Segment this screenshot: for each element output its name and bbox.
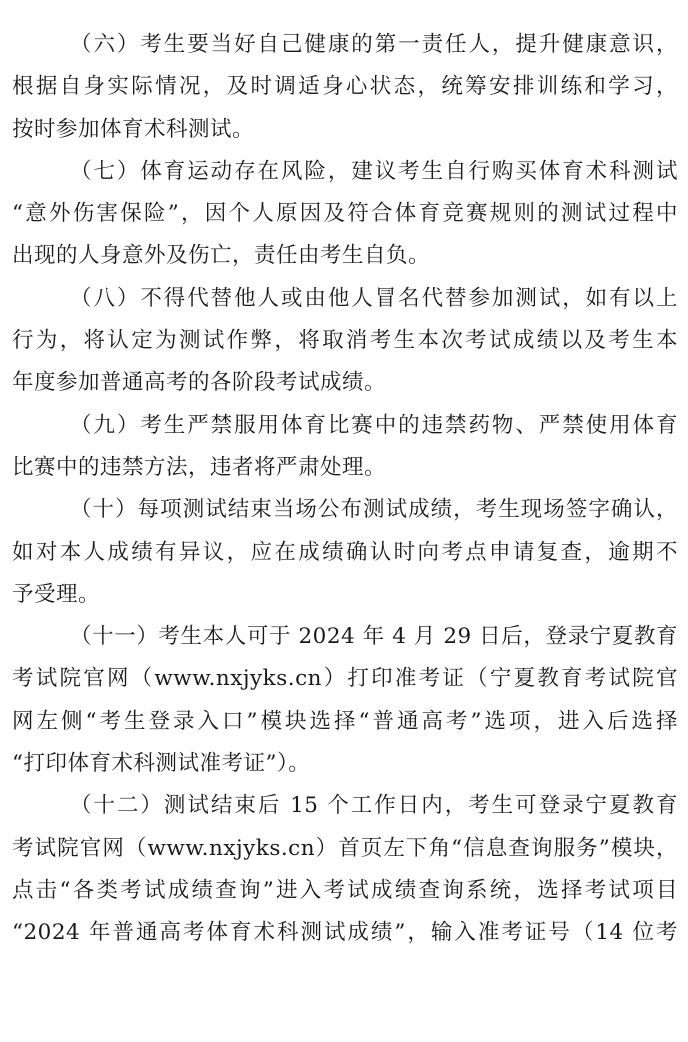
text-line: 出现的人身意外及伤亡，责任由考生自负。 [12,235,678,277]
text-line: 行为，将认定为测试作弊，将取消考生本次考试成绩以及考生本 [12,320,678,362]
text-line: 如对本人成绩有异议，应在成绩确认时向考点申请复查，逾期不 [12,532,678,574]
text-line: 予受理。 [12,574,678,616]
text-line: 按时参加体育术科测试。 [12,109,678,151]
text-line: “2024 年普通高考体育术科测试成绩”，输入准考证号（14 位考 [12,912,678,954]
paragraph-item-11: （十一）考生本人可于 2024 年 4 月 29 日后，登录宁夏教育 考试院官网… [12,616,678,785]
paragraph-item-12: （十二）测试结束后 15 个工作日内，考生可登录宁夏教育 考试院官网（www.n… [12,785,678,954]
text-line: 网左侧“考生登录入口”模块选择“普通高考”选项，进入后选择 [12,701,678,743]
paragraph-item-7: （七）体育运动存在风险，建议考生自行购买体育术科测试 “意外伤害保险”，因个人原… [12,151,678,278]
text-line: “意外伤害保险”，因个人原因及符合体育竞赛规则的测试过程中 [12,193,678,235]
text-line: 比赛中的违禁方法，违者将严肃处理。 [12,447,678,489]
paragraph-item-10: （十）每项测试结束当场公布测试成绩，考生现场签字确认， 如对本人成绩有异议，应在… [12,489,678,616]
document-body: （六）考生要当好自己健康的第一责任人，提升健康意识， 根据自身实际情况，及时调适… [12,24,678,955]
document-page: （六）考生要当好自己健康的第一责任人，提升健康意识， 根据自身实际情况，及时调适… [0,0,688,1042]
text-line: 根据自身实际情况，及时调适身心状态，统筹安排训练和学习， [12,66,678,108]
text-line: （六）考生要当好自己健康的第一责任人，提升健康意识， [12,24,678,66]
paragraph-item-6: （六）考生要当好自己健康的第一责任人，提升健康意识， 根据自身实际情况，及时调适… [12,24,678,151]
text-line: （十）每项测试结束当场公布测试成绩，考生现场签字确认， [12,489,678,531]
text-line: （十二）测试结束后 15 个工作日内，考生可登录宁夏教育 [12,785,678,827]
text-line: “打印体育术科测试准考证”）。 [12,743,678,785]
paragraph-item-8: （八）不得代替他人或由他人冒名代替参加测试，如有以上 行为，将认定为测试作弊，将… [12,278,678,405]
text-line: （十一）考生本人可于 2024 年 4 月 29 日后，登录宁夏教育 [12,616,678,658]
paragraph-item-9: （九）考生严禁服用体育比赛中的违禁药物、严禁使用体育 比赛中的违禁方法，违者将严… [12,405,678,490]
text-line: 点击“各类考试成绩查询”进入考试成绩查询系统，选择考试项目 [12,870,678,912]
text-line: （九）考生严禁服用体育比赛中的违禁药物、严禁使用体育 [12,405,678,447]
text-line: 考试院官网（www.nxjyks.cn）打印准考证（宁夏教育考试院官 [12,658,678,700]
text-line: （八）不得代替他人或由他人冒名代替参加测试，如有以上 [12,278,678,320]
text-line: 年度参加普通高考的各阶段考试成绩。 [12,362,678,404]
text-line: （七）体育运动存在风险，建议考生自行购买体育术科测试 [12,151,678,193]
text-line: 考试院官网（www.nxjyks.cn）首页左下角“信息查询服务”模块， [12,828,678,870]
